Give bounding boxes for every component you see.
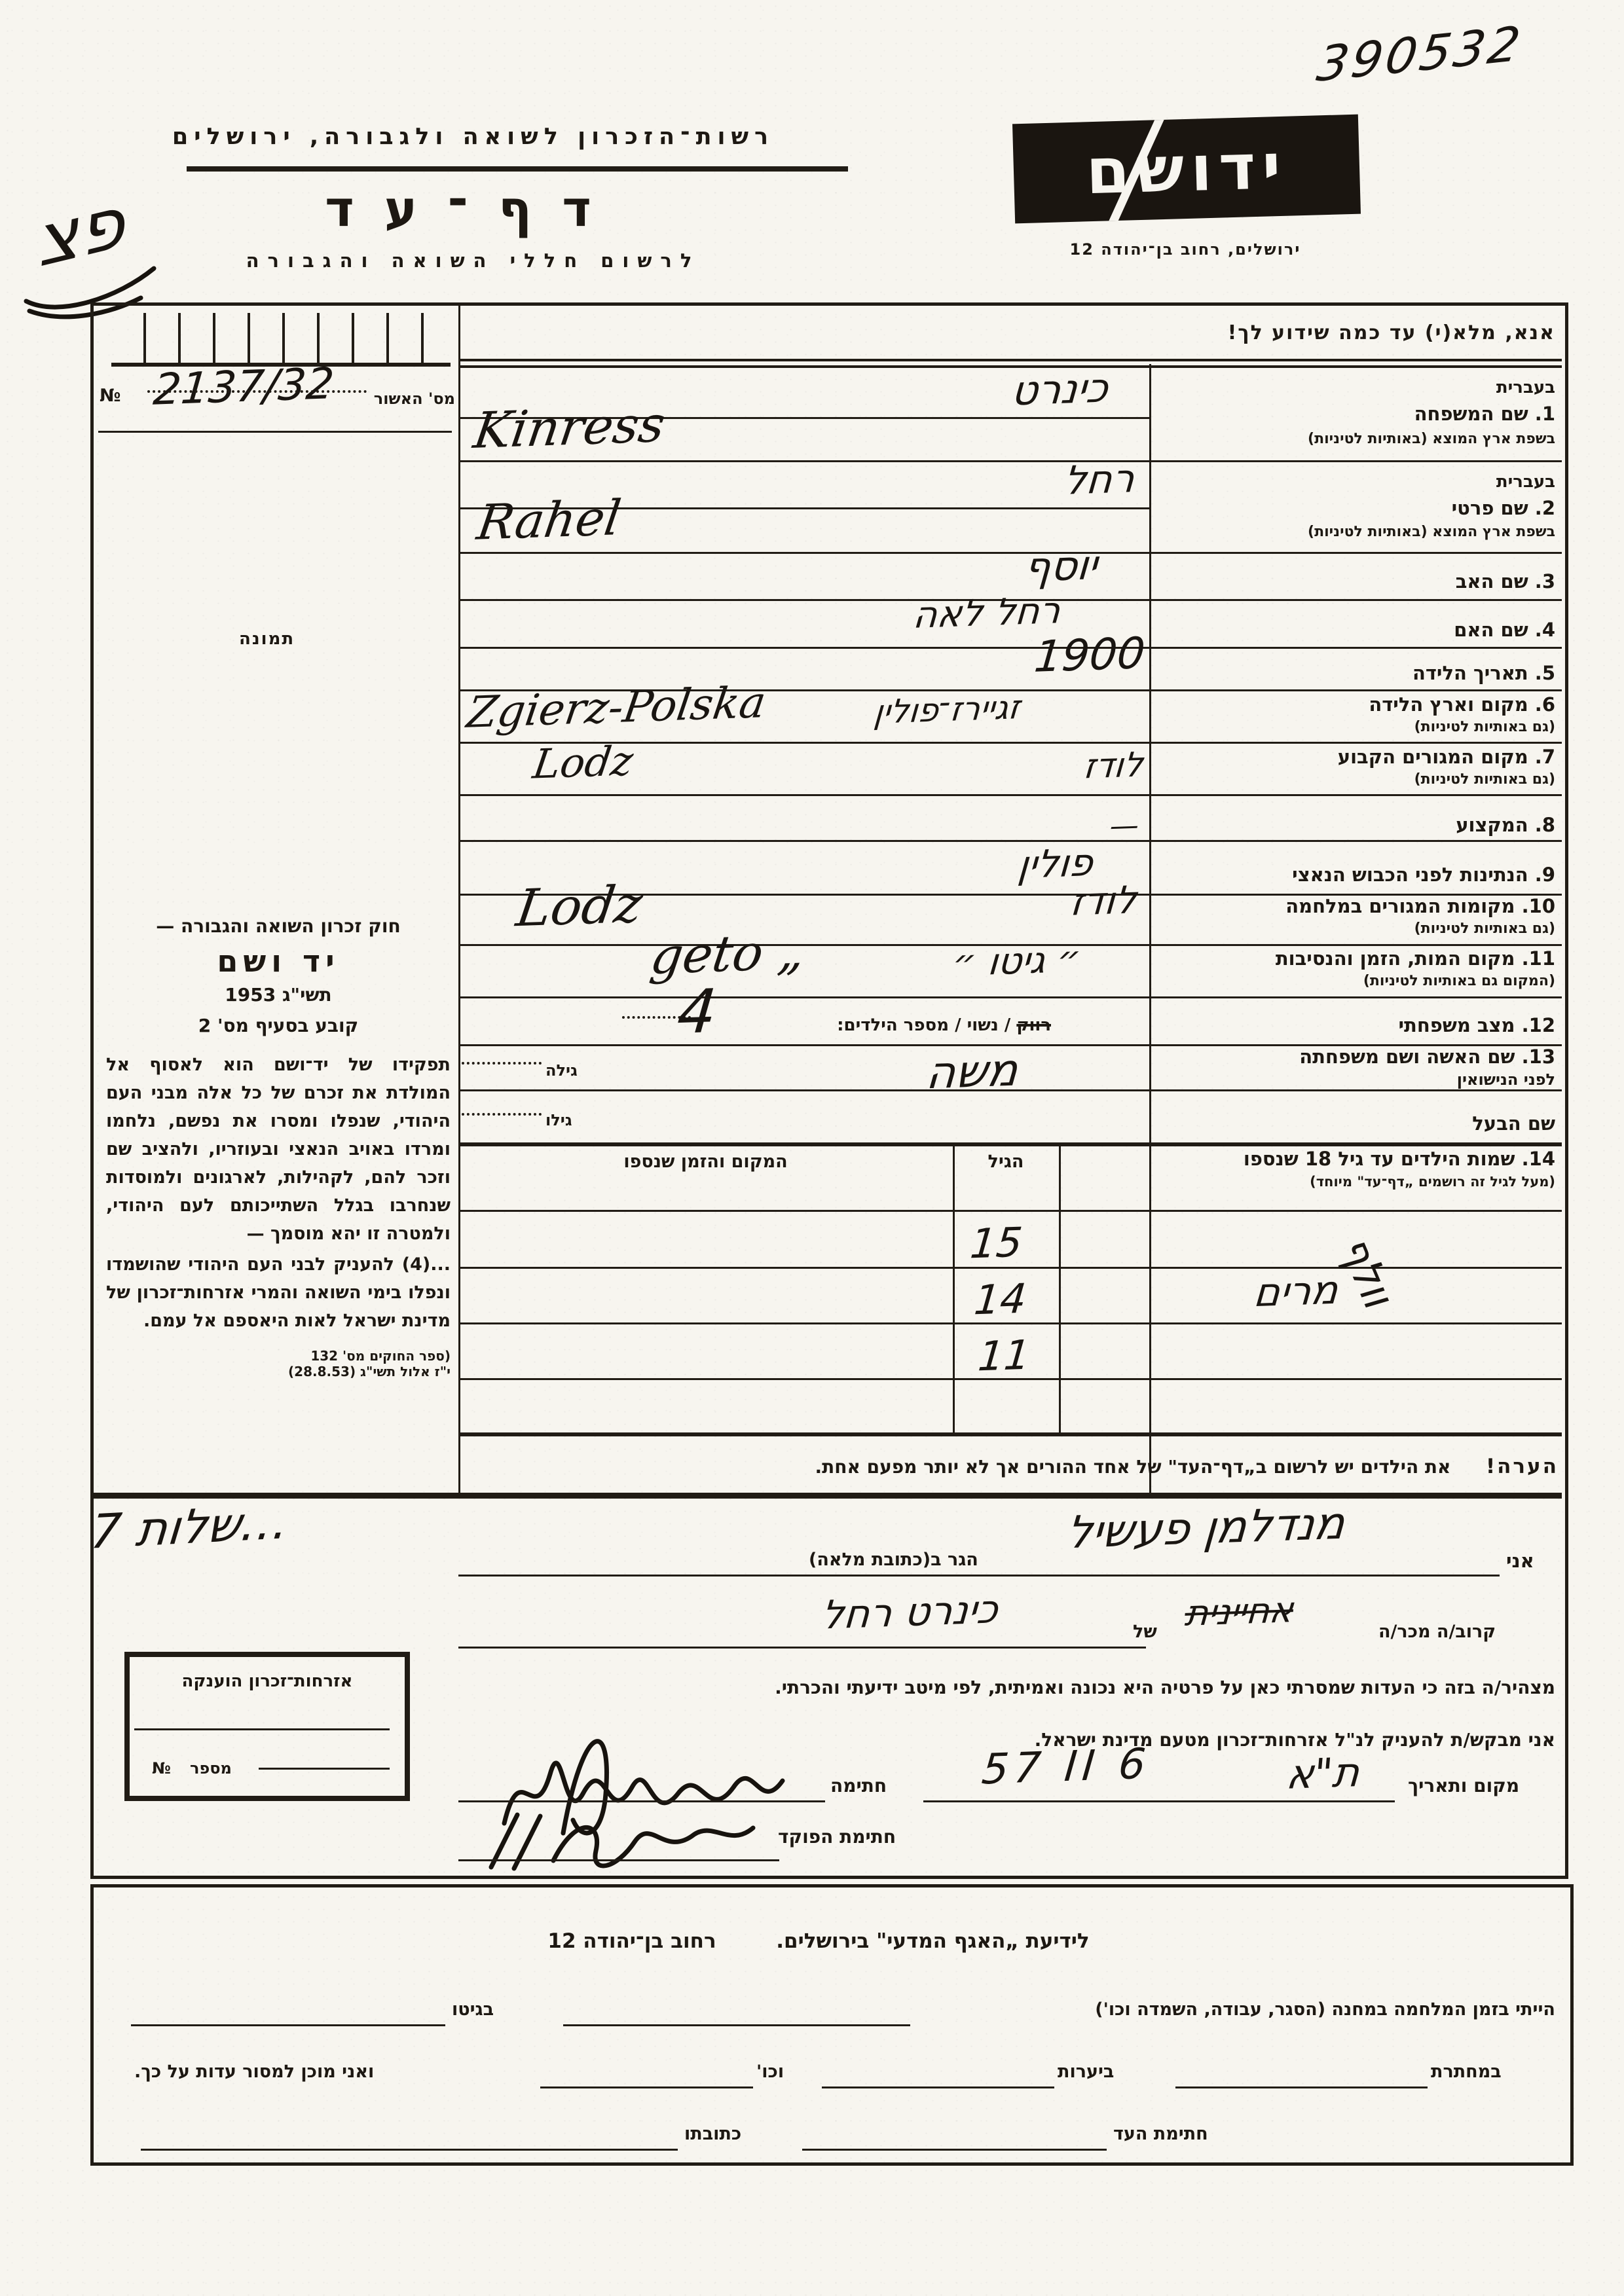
date-handwritten: 57 II 6: [980, 1740, 1153, 1795]
left-column-divider: [458, 306, 460, 1498]
witness-sig-label: חתימת העד: [1113, 2124, 1208, 2145]
scientific-branch-title-text: לידיעת „האגף המדעי" בירושלים.: [776, 1929, 1089, 1953]
law-sidebar: חוק זכרון השואה והגבורה — יד ושם תשי"ג 1…: [106, 915, 451, 1379]
instruction-rule-a: [458, 359, 1562, 361]
children-note-title: הערה!: [1486, 1455, 1559, 1478]
marital-options: רווק / נשוי / מספר הילדים:: [697, 1016, 1051, 1036]
law-text: תפקידו של יד־ושם הוא לאסוף אל המולדת את …: [106, 1051, 451, 1248]
declaration-row1-rule: [458, 1575, 1500, 1576]
underground-label: במחתרת: [1431, 2062, 1502, 2083]
citizenship-line-2: [259, 1768, 390, 1770]
ghetto-label: בגיטו: [452, 2000, 494, 2020]
testify-label: ואני מוכן למסור עדות על כך.: [134, 2062, 527, 2083]
entry-surname-latin: Kinress: [470, 395, 669, 460]
declaration-row2-rule: [458, 1647, 1146, 1649]
entry-war-residence-hebrew: לודז: [1069, 877, 1139, 924]
husband-age-label: גילו: [545, 1112, 572, 1129]
approval-row-rule: [98, 431, 452, 433]
wife-age-leader: [462, 1062, 542, 1065]
forests-label: ביערות: [1058, 2062, 1114, 2083]
instruction-rule-b: [458, 365, 1562, 368]
declaration-i-label: אני: [1506, 1550, 1534, 1572]
place-date-label: מקום ותאריך: [1408, 1776, 1519, 1796]
rule-f4: [458, 647, 1562, 649]
entry-residence-hebrew: לודז: [1082, 745, 1145, 786]
victim-ref-handwritten: כינרט רחל: [819, 1586, 999, 1638]
labels-divider: [1149, 364, 1151, 1498]
forests-blank: [822, 2086, 1054, 2088]
rule-f2-end: [458, 552, 1562, 554]
field2-pre-label: בעברית: [1159, 473, 1555, 492]
clerk-signature-label: חתימת הפוקד: [778, 1827, 896, 1848]
photo-placeholder-label: תמונה: [239, 630, 295, 649]
marital-separator-2: /: [949, 1015, 967, 1035]
field7-label: 7. מקום המגורים הקבוע: [1159, 746, 1555, 768]
camp-blank: [563, 2024, 910, 2026]
clerk-signature-rule: [458, 1859, 779, 1861]
children-note-text: את הילדים יש לרשום ב„דף־העד" של אחד ההור…: [815, 1456, 1450, 1478]
camp-label: הייתי בזמן המלחמה במחנה (הסגר, עבודה, הש…: [913, 2000, 1555, 2020]
yad-vashem-logo: ידושם: [1012, 115, 1361, 224]
marital-option-married: נשוי: [967, 1015, 999, 1035]
field3-label: 3. שם האב: [1159, 571, 1555, 592]
child-age-1: 15: [969, 1218, 1025, 1268]
scientific-branch-address: רחוב בן־יהודה 12: [547, 1929, 716, 1953]
relation-value-handwritten: אחיינית: [1183, 1589, 1295, 1634]
law-year: תשי"ג 1953: [106, 984, 451, 1006]
scientific-branch-title: לידיעת „האגף המדעי" בירושלים. רחוב בן־יה…: [262, 1930, 1375, 1953]
law-ref-2: י"ז אלול תשי"ג (28.8.53): [106, 1364, 451, 1379]
signature-label: חתימה: [830, 1776, 887, 1796]
law-ref-1: (ספר החוקים מס' 132: [106, 1348, 451, 1364]
entry-war-residence-latin: Lodz: [513, 875, 646, 939]
entry-death-place-latin: „ geto: [647, 922, 809, 985]
etc-blank: [540, 2086, 753, 2088]
entry-birth-date: 1900: [1032, 628, 1147, 682]
entry-firstname-latin: Rahel: [473, 490, 624, 551]
field10-sub-label: (גם באותיות לטיניות): [1159, 920, 1555, 937]
form-subtitle: לרשום חללי השואה והגבורה: [98, 250, 848, 272]
entry-surname-hebrew: כינרט: [1010, 363, 1111, 414]
his-address-blank: [141, 2149, 678, 2151]
header-rule: [187, 166, 848, 172]
citizenship-number-sign: №: [152, 1760, 171, 1777]
field7-sub-label: (גם באותיות לטיניות): [1159, 771, 1555, 788]
table-row-rule-2: [458, 1322, 1562, 1324]
citizenship-number-label: מספר: [190, 1760, 232, 1777]
citizenship-title: אזרחות־זכרון הוענקה: [130, 1671, 405, 1691]
fill-instruction: אנא, מלא(י) עד כמה שידוע לך!: [1166, 322, 1555, 344]
table-col-place-header: המקום והזמן שנספו: [458, 1152, 953, 1173]
law-clause: ...(4) להעניק לבני העם היהודי שהושמדו ונ…: [106, 1250, 451, 1335]
approval-number-line: [147, 390, 367, 393]
logo-address: ירושלים, רחוב בן־יהודה 12: [999, 241, 1372, 259]
table-header-rule: [458, 1210, 1562, 1212]
authority-title: רשות־הזכרון לשואה ולגבורה, ירושלים: [98, 124, 848, 151]
place-handwritten: ת"א: [1285, 1748, 1362, 1798]
field10-label: 10. מקומות המגורים במלחמה: [1159, 896, 1555, 917]
entry-profession-dash: —: [1109, 809, 1141, 843]
entry-husband-name: משה: [924, 1045, 1020, 1100]
field14-label: 14. שמות הילדים עד גיל 18 שנספו: [1074, 1148, 1555, 1170]
entry-firstname-hebrew: רחל: [1062, 456, 1137, 504]
law-title: חוק זכרון השואה והגבורה —: [106, 915, 451, 937]
marital-option-single: רווק: [1016, 1015, 1051, 1035]
children-note: הערה! את הילדים יש לרשום ב„דף־העד" של אח…: [452, 1455, 1559, 1479]
form-title: דף־עד: [98, 181, 848, 238]
field9-label: 9. הנתינות לפני הכבוש הנאצי: [1159, 864, 1555, 886]
field11-sub-label: (המקום גם באותיות לטיניות): [1159, 973, 1555, 989]
table-col-line-right: [1059, 1142, 1061, 1434]
witness-name-handwritten: מנדלמן פעשיל: [1065, 1498, 1347, 1559]
approval-number-sign: №: [100, 386, 120, 407]
clerk-signature: [478, 1795, 766, 1880]
registry-ruler: [111, 313, 451, 367]
law-logo-text: יד ושם: [106, 943, 451, 979]
table-col-line-left: [953, 1142, 955, 1434]
field13-sub-label: לפני הנישואין: [1159, 1071, 1555, 1089]
field1-pre-label: בעברית: [1159, 378, 1555, 398]
child-name-1: מרים: [1252, 1267, 1340, 1316]
field5-label: 5. תאריך הלידה: [1159, 663, 1555, 684]
citizenship-box: אזרחות־זכרון הוענקה: [124, 1652, 410, 1801]
citizenship-line-1: [134, 1728, 390, 1730]
witness-sig-blank: [802, 2149, 1107, 2151]
rule-husband: [458, 1142, 1562, 1146]
etc-label: וכו': [756, 2062, 784, 2083]
scanned-testimony-page: 390532 רשות־הזכרון לשואה ולגבורה, ירושלי…: [0, 0, 1624, 2296]
entry-birthplace-hebrew: זגיירז־פולין: [872, 688, 1022, 731]
husband-label: שם הבעל: [1159, 1113, 1555, 1135]
his-address-label: כתובתו: [684, 2124, 741, 2145]
marital-children-label: מספר הילדים:: [837, 1015, 949, 1035]
field1-sub-label: בשפת ארץ המוצא (באותיות לטיניות): [1159, 431, 1555, 447]
table-bottom-rule: [458, 1432, 1562, 1436]
witness-address-handwritten: …שלות 7: [88, 1494, 292, 1559]
table-row-rule-1: [458, 1267, 1562, 1269]
rule-f8: [458, 840, 1562, 842]
field6-label: 6. מקום וארץ הלידה: [1159, 694, 1555, 716]
rule-f7: [458, 794, 1562, 796]
entry-father-name: יוסף: [1023, 541, 1099, 591]
underground-blank: [1175, 2086, 1428, 2088]
entry-mother-name: רחל לאה: [912, 589, 1062, 637]
wife-age-label: גילה: [545, 1062, 578, 1080]
approval-number-value: 2137/32: [151, 358, 336, 415]
place-date-rule: [923, 1800, 1395, 1802]
entry-children-count: 4: [674, 976, 719, 1048]
yad-vashem-logo-text: ידושם: [1085, 135, 1288, 204]
field14-sub-label: (מעל לגיל זה רושמים „דף־עד" מיוחד): [1074, 1175, 1555, 1190]
child-age-3: 11: [976, 1331, 1033, 1381]
ghetto-blank: [131, 2024, 445, 2026]
field12-label: 12. מצב משפחתי: [1159, 1015, 1555, 1036]
marital-separator-1: /: [999, 1015, 1017, 1035]
entry-birthplace-latin: Zgierz-Polska: [464, 677, 769, 738]
field2-sub-label: בשפת ארץ המוצא (באותיות לטיניות): [1159, 524, 1555, 540]
field6-sub-label: (גם באותיות לטיניות): [1159, 719, 1555, 735]
field2-label: 2. שם פרטי: [1159, 498, 1555, 519]
scan-number-handwritten: 390532: [1314, 16, 1526, 93]
relation-label: קרוב/ה מכר/ה: [1378, 1622, 1496, 1643]
law-section: קובע בסעיף מס' 2: [106, 1015, 451, 1036]
field13-label: 13. שם האשה ושם משפחתה: [1159, 1046, 1555, 1068]
entry-residence-latin: Lodz: [530, 737, 636, 788]
entry-death-place-hebrew: ״ גיטו ״: [951, 938, 1082, 985]
table-col-age-header: הגיל: [953, 1152, 1059, 1173]
field1-label: 1. שם המשפחה: [1159, 403, 1555, 425]
declaration-address-label: הגר ב(כתובת מלאה): [809, 1550, 978, 1571]
child-age-2: 14: [972, 1275, 1029, 1324]
field8-label: 8. המקצוע: [1159, 814, 1555, 836]
of-label: של: [1133, 1622, 1157, 1643]
field11-label: 11. מקום המות, הזמן והנסיבות: [1159, 948, 1555, 970]
field4-label: 4. שם האם: [1159, 619, 1555, 641]
rule-f11: [458, 996, 1562, 998]
rule-f1-end: [458, 460, 1562, 462]
approval-number-label: מס' האשור: [363, 390, 455, 408]
husband-age-leader: [462, 1113, 542, 1116]
